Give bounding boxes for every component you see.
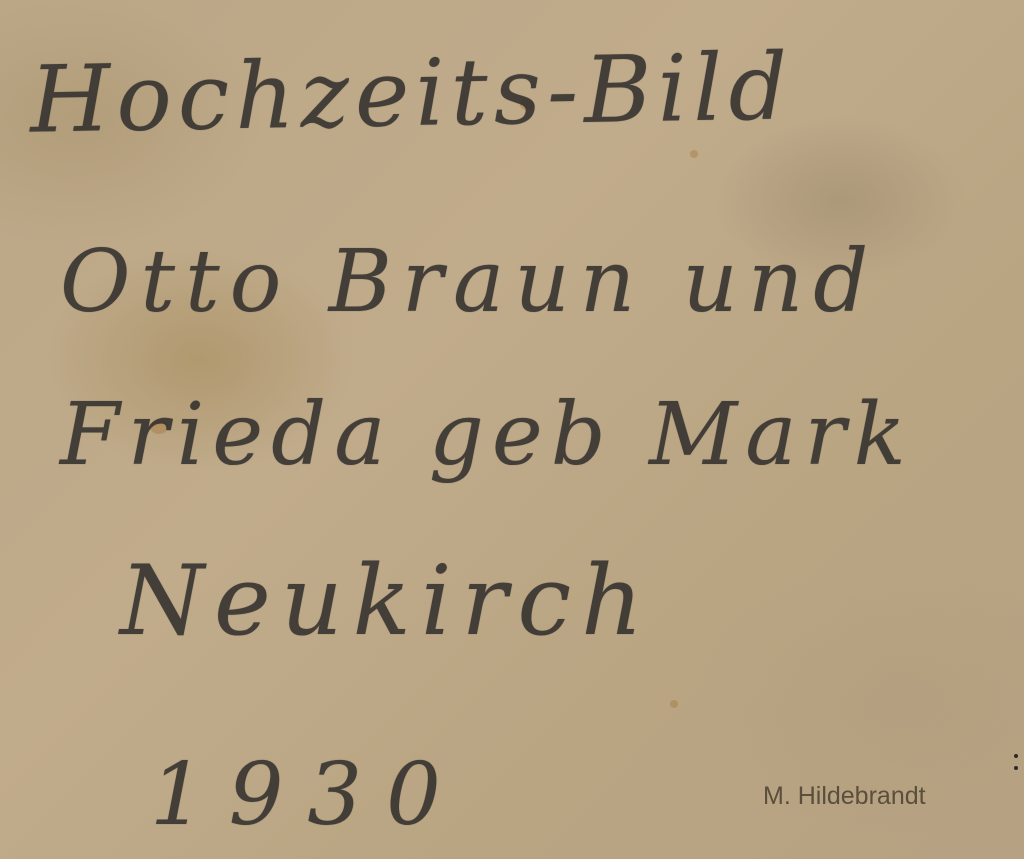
- handwriting-line-title: Hochzeits-Bild: [29, 33, 794, 153]
- handwriting-line-place: Neukirch: [120, 545, 653, 657]
- stain-spot: [690, 150, 698, 158]
- photo-back-paper: Hochzeits-Bild Otto Braun und Frieda geb…: [0, 0, 1024, 859]
- handwriting-line-bride: Frieda geb Mark: [60, 385, 914, 485]
- stain-spot: [670, 700, 678, 708]
- handwriting-line-groom: Otto Braun und: [60, 232, 878, 332]
- handwriting-line-year: 1930: [150, 745, 465, 845]
- watermark-credit: M. Hildebrandt: [763, 782, 926, 811]
- ink-dot: [1014, 766, 1018, 770]
- ink-dot: [1014, 754, 1018, 758]
